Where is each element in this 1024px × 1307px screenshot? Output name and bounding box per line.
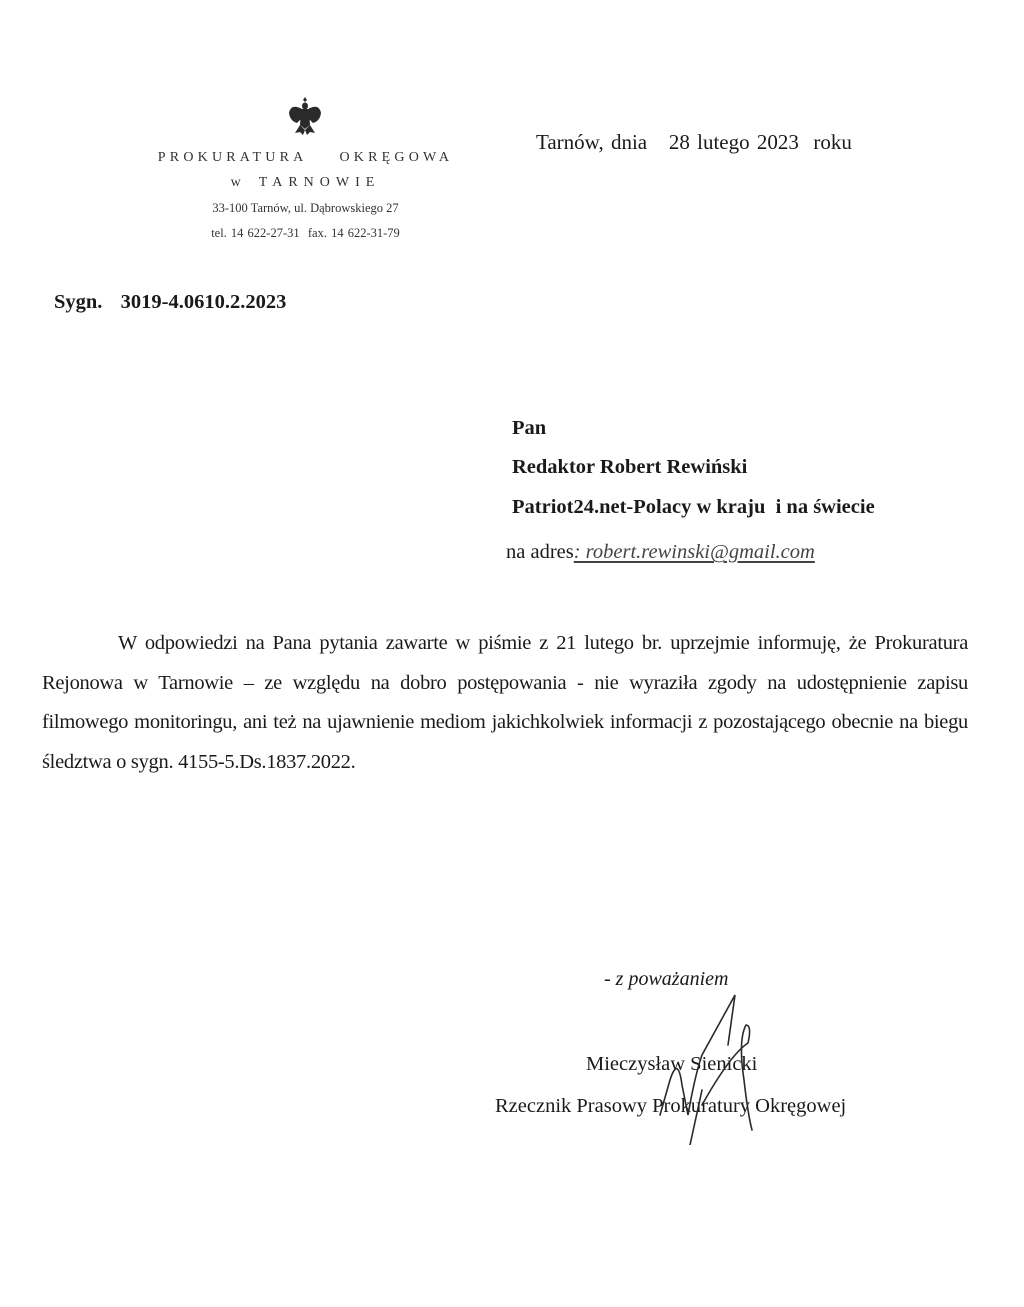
office-name: PROKURATURAOKRĘGOWA: [128, 150, 483, 166]
body-paragraph: W odpowiedzi na Pana pytania zawarte w p…: [42, 624, 968, 782]
letter-body: W odpowiedzi na Pana pytania zawarte w p…: [42, 624, 968, 782]
recipient-address-line: na adres: robert.rewinski@gmail.com: [506, 541, 815, 564]
office-name-part2: OKRĘGOWA: [339, 150, 453, 165]
date-line: Tarnów, dnia 28 lutego 2023 roku: [536, 130, 852, 155]
recipient-organization: Patriot24.net-Polacy w kraju i na świeci…: [512, 496, 875, 519]
office-address: 33-100 Tarnów, ul. Dąbrowskiego 27: [128, 201, 483, 216]
handwritten-signature-icon: [640, 985, 780, 1145]
recipient-name: Redaktor Robert Rewiński: [512, 456, 747, 479]
recipient-salutation: Pan: [512, 417, 546, 440]
recipient-email-link[interactable]: : robert.rewinski@gmail.com: [574, 541, 815, 563]
office-city-name: TARNOWIE: [259, 175, 381, 190]
office-city-prefix: w: [231, 175, 241, 190]
office-city: wTARNOWIE: [128, 175, 483, 191]
reference-number: Sygn. 3019-4.0610.2.2023: [54, 291, 286, 314]
office-name-part1: PROKURATURA: [158, 150, 308, 165]
address-label: na adres: [506, 541, 574, 563]
office-phone-fax: tel. 14 622-27-31 fax. 14 622-31-79: [128, 226, 483, 241]
polish-eagle-emblem-icon: [287, 95, 323, 139]
